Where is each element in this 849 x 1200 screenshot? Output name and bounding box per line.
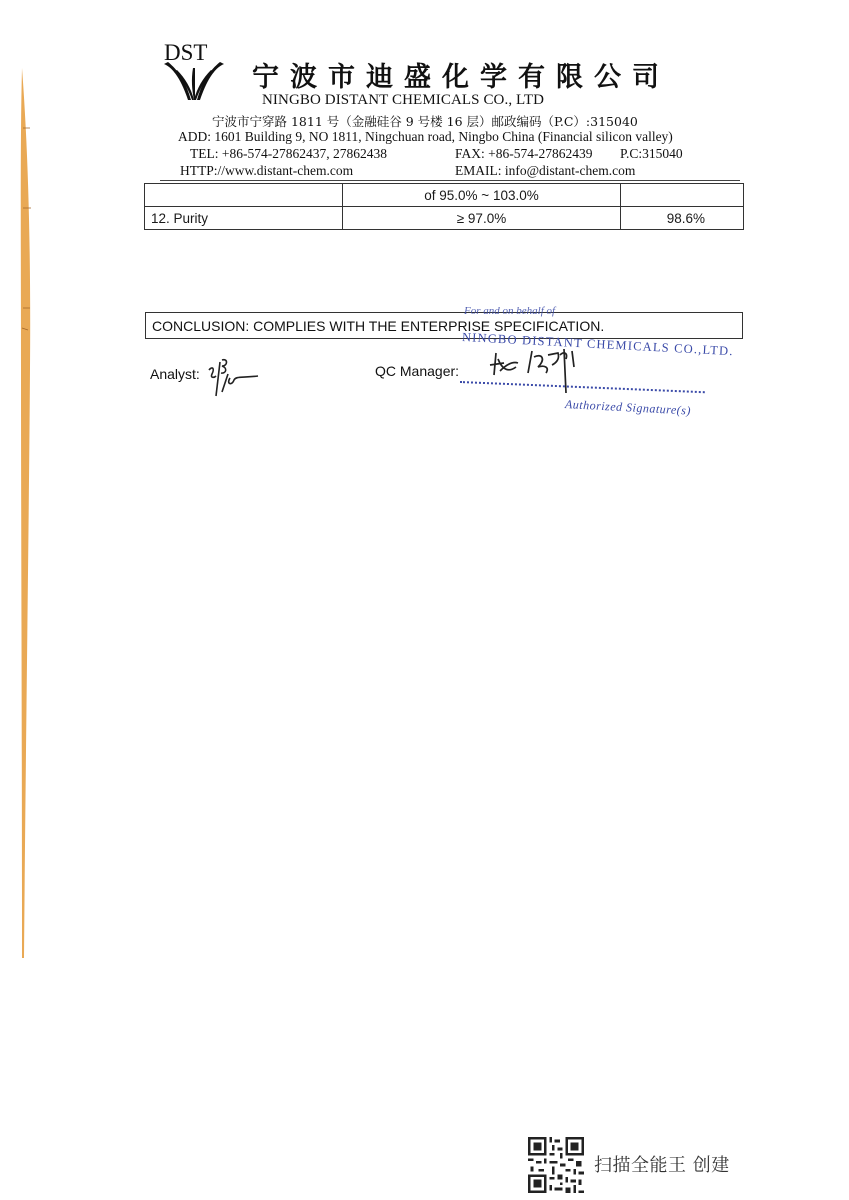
result-cell: 98.6% [621, 207, 744, 230]
table-row: of 95.0% ~ 103.0% [145, 184, 744, 207]
qr-code-icon [528, 1137, 584, 1193]
qc-manager-label: QC Manager: [375, 363, 459, 379]
company-name-english: NINGBO DISTANT CHEMICALS CO., LTD [262, 92, 544, 109]
specification-cell: of 95.0% ~ 103.0% [343, 184, 621, 207]
table-row: 12. Purity ≥ 97.0% 98.6% [145, 207, 744, 230]
analyst-signature-icon [206, 356, 262, 398]
email: EMAIL: info@distant-chem.com [455, 163, 635, 179]
address-chinese: 宁波市宁穿路 1811 号（金融硅谷 9 号楼 16 层）邮政编码（P.C）:3… [212, 112, 638, 130]
postcode: P.C:315040 [620, 146, 683, 162]
conclusion-box: CONCLUSION: COMPLIES WITH THE ENTERPRISE… [145, 312, 743, 339]
analyst-label: Analyst: [150, 366, 200, 382]
stamp-top-text: For and on behalf of [464, 305, 555, 317]
specification-cell: ≥ 97.0% [343, 207, 621, 230]
telephone: TEL: +86-574-27862437, 27862438 [190, 146, 387, 162]
company-name-chinese: 宁波市迪盛化学有限公司 [252, 55, 670, 94]
stamp-authorized-signature-text: Authorized Signature(s) [565, 397, 692, 419]
scanner-watermark: 扫描全能王 创建 [594, 1151, 730, 1177]
item-cell [145, 184, 343, 207]
header-divider [160, 180, 740, 181]
specification-table: of 95.0% ~ 103.0% 12. Purity ≥ 97.0% 98.… [144, 183, 744, 230]
svg-text:DST: DST [164, 40, 207, 65]
result-cell [621, 184, 744, 207]
address-english: ADD: 1601 Building 9, NO 1811, Ningchuan… [178, 129, 673, 145]
scan-edge-stain [20, 68, 34, 958]
company-logo-icon: DST [160, 38, 228, 102]
fax: FAX: +86-574-27862439 [455, 146, 593, 162]
item-cell: 12. Purity [145, 207, 343, 230]
website: HTTP://www.distant-chem.com [180, 163, 353, 179]
